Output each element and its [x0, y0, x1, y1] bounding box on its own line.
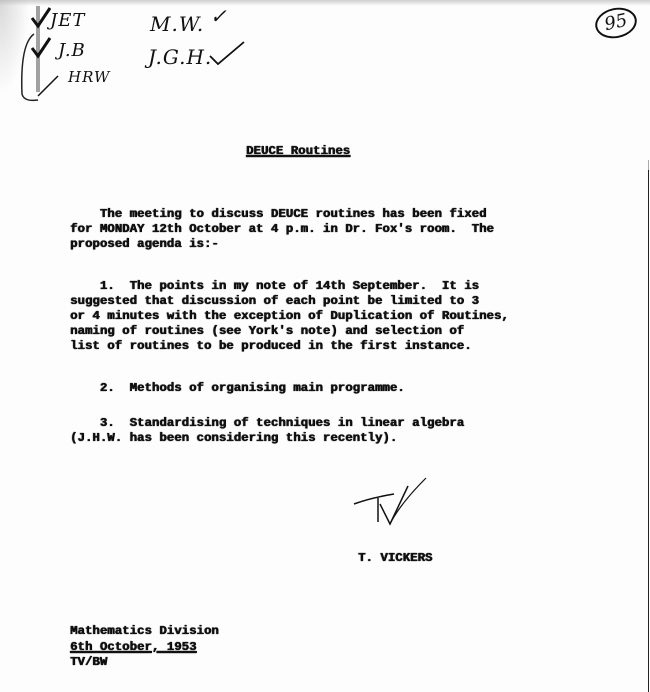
- memo-title: DEUCE Routines: [246, 144, 350, 158]
- text-line: The meeting to discuss DEUCE routines ha…: [70, 207, 486, 221]
- signature-icon: TV: [350, 474, 440, 534]
- initials-jet: JET: [50, 10, 85, 31]
- text-line: (J.H.W. has been considering this recent…: [70, 431, 397, 445]
- text-line: or 4 minutes with the exception of Dupli…: [70, 309, 509, 323]
- text-line: list of routines to be produced in the f…: [70, 339, 472, 353]
- scan-shadow-top: [0, 0, 650, 6]
- initials-jgh: J.G.H.: [148, 45, 212, 69]
- reference-code: TV/BW: [70, 655, 107, 669]
- initials-mw: M.W.: [150, 12, 204, 36]
- text-line: 2. Methods of organising main programme.: [70, 381, 405, 395]
- text-line: 3. Standardising of techniques in linear…: [70, 416, 464, 430]
- text-line: suggested that discussion of each point …: [70, 294, 479, 308]
- tick-mark-icon: [208, 38, 248, 68]
- tick-mark-icon: ✓: [210, 4, 228, 28]
- division-name: Mathematics Division: [70, 624, 219, 638]
- text-line: proposed agenda is:-: [70, 237, 219, 251]
- text-line: 1. The points in my note of 14th Septemb…: [70, 279, 479, 293]
- page-number-badge: 95: [592, 4, 639, 42]
- initials-hrw: HRW: [68, 68, 110, 86]
- initials-jb: J.B: [58, 40, 86, 61]
- document-page: JET J.B HRW M.W. ✓ J.G.H. 95 DEUCE Routi…: [0, 0, 650, 692]
- memo-date: 6th October, 1953: [70, 640, 196, 654]
- text-line: for MONDAY 12th October at 4 p.m. in Dr.…: [70, 222, 494, 236]
- page-edge: [648, 170, 649, 692]
- text-line: naming of routines (see York's note) and…: [70, 324, 464, 338]
- signatory-name: T. VICKERS: [358, 551, 432, 565]
